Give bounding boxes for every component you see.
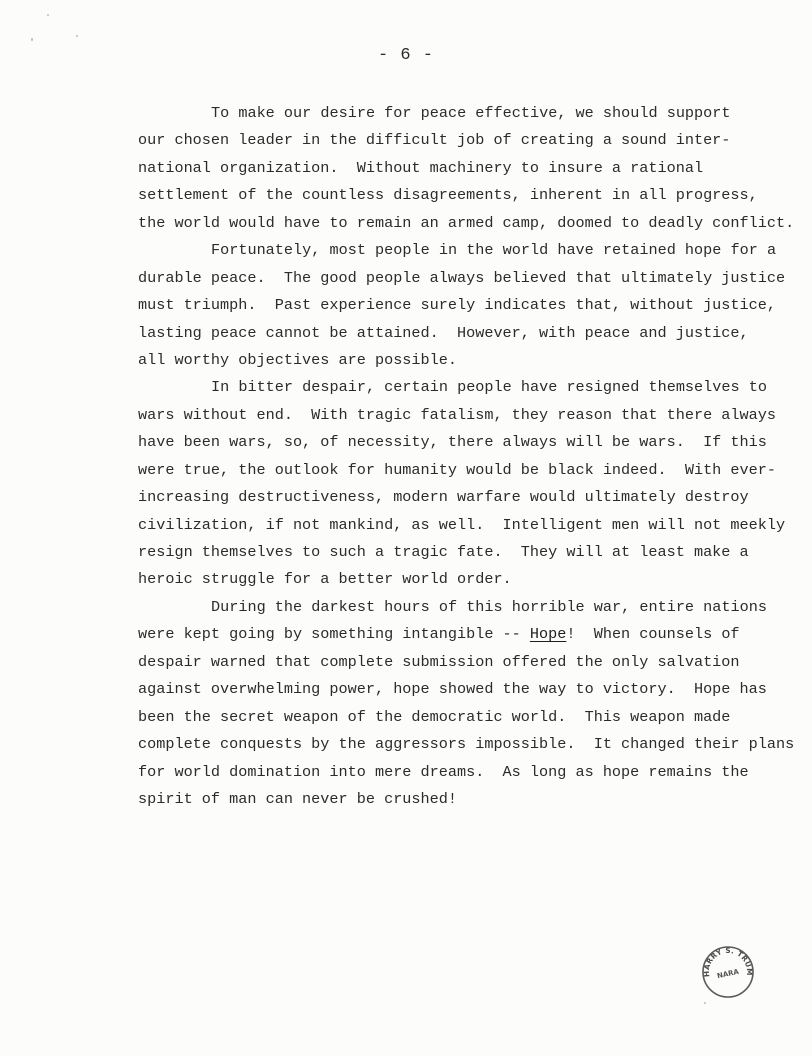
text-line: settlement of the countless disagreement… xyxy=(138,182,738,209)
text-line: wars without end. With tragic fatalism, … xyxy=(138,402,738,429)
text-line: During the darkest hours of this horribl… xyxy=(138,594,738,621)
emphasized-word-hope: Hope xyxy=(530,625,566,643)
text-line: civilization, if not mankind, as well. I… xyxy=(138,512,738,539)
document-page: - 6 - To make our desire for peace effec… xyxy=(0,0,812,1056)
text-line: lasting peace cannot be attained. Howeve… xyxy=(138,320,738,347)
paper-speck xyxy=(76,35,78,37)
text-line: the world would have to remain an armed … xyxy=(138,210,738,237)
svg-text:NARA: NARA xyxy=(716,968,740,981)
text-line: have been wars, so, of necessity, there … xyxy=(138,429,738,456)
text-line: against overwhelming power, hope showed … xyxy=(138,676,738,703)
text-line-with-emphasis: were kept going by something intangible … xyxy=(138,621,738,648)
page-number: - 6 - xyxy=(0,46,812,65)
text-line: complete conquests by the aggressors imp… xyxy=(138,731,738,758)
text-line: were true, the outlook for humanity woul… xyxy=(138,457,738,484)
text-line: despair warned that complete submission … xyxy=(138,649,738,676)
text-line: In bitter despair, certain people have r… xyxy=(138,374,738,401)
stamp-seal-icon: HARRY S. TRUMAN LIBRARY NARA xyxy=(700,944,756,1000)
text-line: spirit of man can never be crushed! xyxy=(138,786,738,813)
paper-speck xyxy=(47,14,49,16)
text-line: must triumph. Past experience surely ind… xyxy=(138,292,738,319)
text-line: resign themselves to such a tragic fate.… xyxy=(138,539,738,566)
truman-library-stamp: HARRY S. TRUMAN LIBRARY NARA xyxy=(700,944,756,1000)
text-line: heroic struggle for a better world order… xyxy=(138,566,738,593)
text-line: national organization. Without machinery… xyxy=(138,155,738,182)
text-segment: were kept going by something intangible … xyxy=(138,625,530,643)
text-line: for world domination into mere dreams. A… xyxy=(138,759,738,786)
paper-speck xyxy=(704,1002,706,1004)
text-line: increasing destructiveness, modern warfa… xyxy=(138,484,738,511)
text-line: Fortunately, most people in the world ha… xyxy=(138,237,738,264)
text-line: our chosen leader in the difficult job o… xyxy=(138,127,738,154)
document-body: To make our desire for peace effective, … xyxy=(138,100,738,813)
text-line: been the secret weapon of the democratic… xyxy=(138,704,738,731)
text-line: To make our desire for peace effective, … xyxy=(138,100,738,127)
text-line: durable peace. The good people always be… xyxy=(138,265,738,292)
text-line: all worthy objectives are possible. xyxy=(138,347,738,374)
text-segment: ! When counsels of xyxy=(566,625,739,643)
paper-speck xyxy=(31,38,33,41)
